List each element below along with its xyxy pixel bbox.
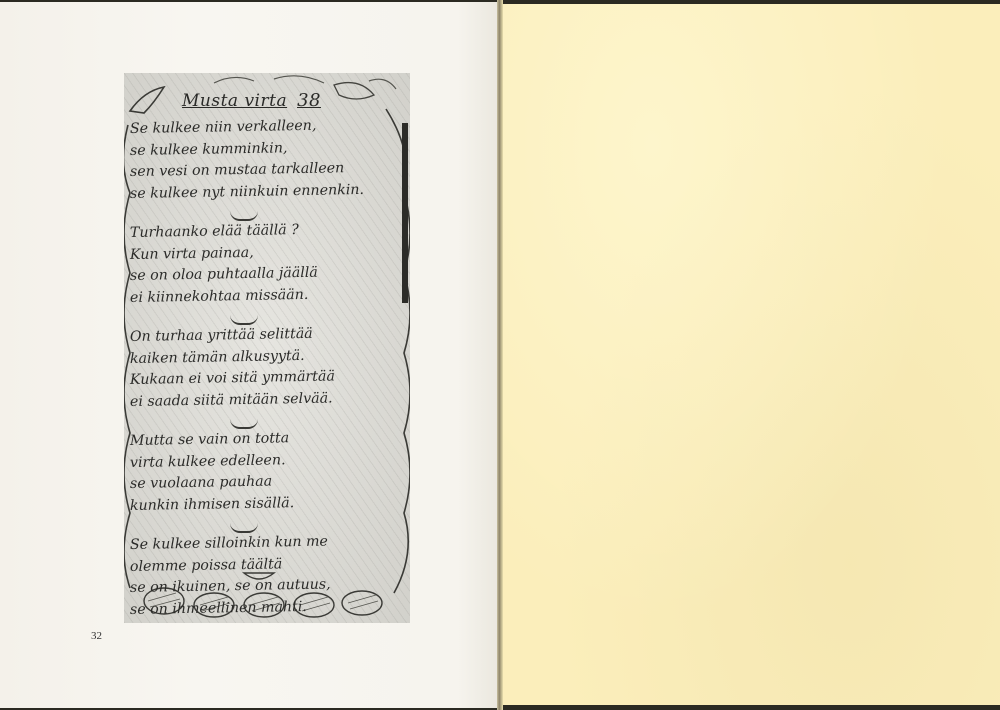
poem-line: se on ihmeellinen mahti. (130, 595, 410, 621)
leaf-divider-icon (230, 211, 258, 221)
page-number: 32 (91, 630, 102, 642)
leaf-divider-icon (230, 419, 258, 429)
stanza-3: On turhaa yrittää selittää kaiken tämän … (130, 327, 410, 413)
stanza-5: Se kulkee silloinkin kun me olemme poiss… (130, 535, 410, 621)
left-page: Musta virta38 Se kulkee niin verkalleen,… (0, 2, 497, 708)
right-page-blank (503, 4, 1000, 705)
poem-line: se kulkee nyt niinkuin ennenkin. (130, 179, 410, 205)
poem-line: ei saada siitä mitään selvää. (130, 387, 410, 413)
poem-text: Musta virta38 Se kulkee niin verkalleen,… (130, 87, 410, 623)
poem-title-text: Musta virta (182, 91, 287, 111)
poem-illustration: Musta virta38 Se kulkee niin verkalleen,… (124, 73, 410, 623)
poem-number: 38 (297, 90, 321, 111)
poem-line: ei kiinnekohtaa missään. (130, 283, 410, 309)
stanza-1: Se kulkee niin verkalleen, se kulkee kum… (130, 119, 410, 205)
leaf-divider-icon (230, 523, 258, 533)
poem-line: kunkin ihmisen sisällä. (130, 491, 410, 517)
stanza-4: Mutta se vain on totta virta kulkee edel… (130, 431, 410, 517)
leaf-divider-icon (230, 315, 258, 325)
stanza-2: Turhaanko elää täällä ? Kun virta painaa… (130, 223, 410, 309)
